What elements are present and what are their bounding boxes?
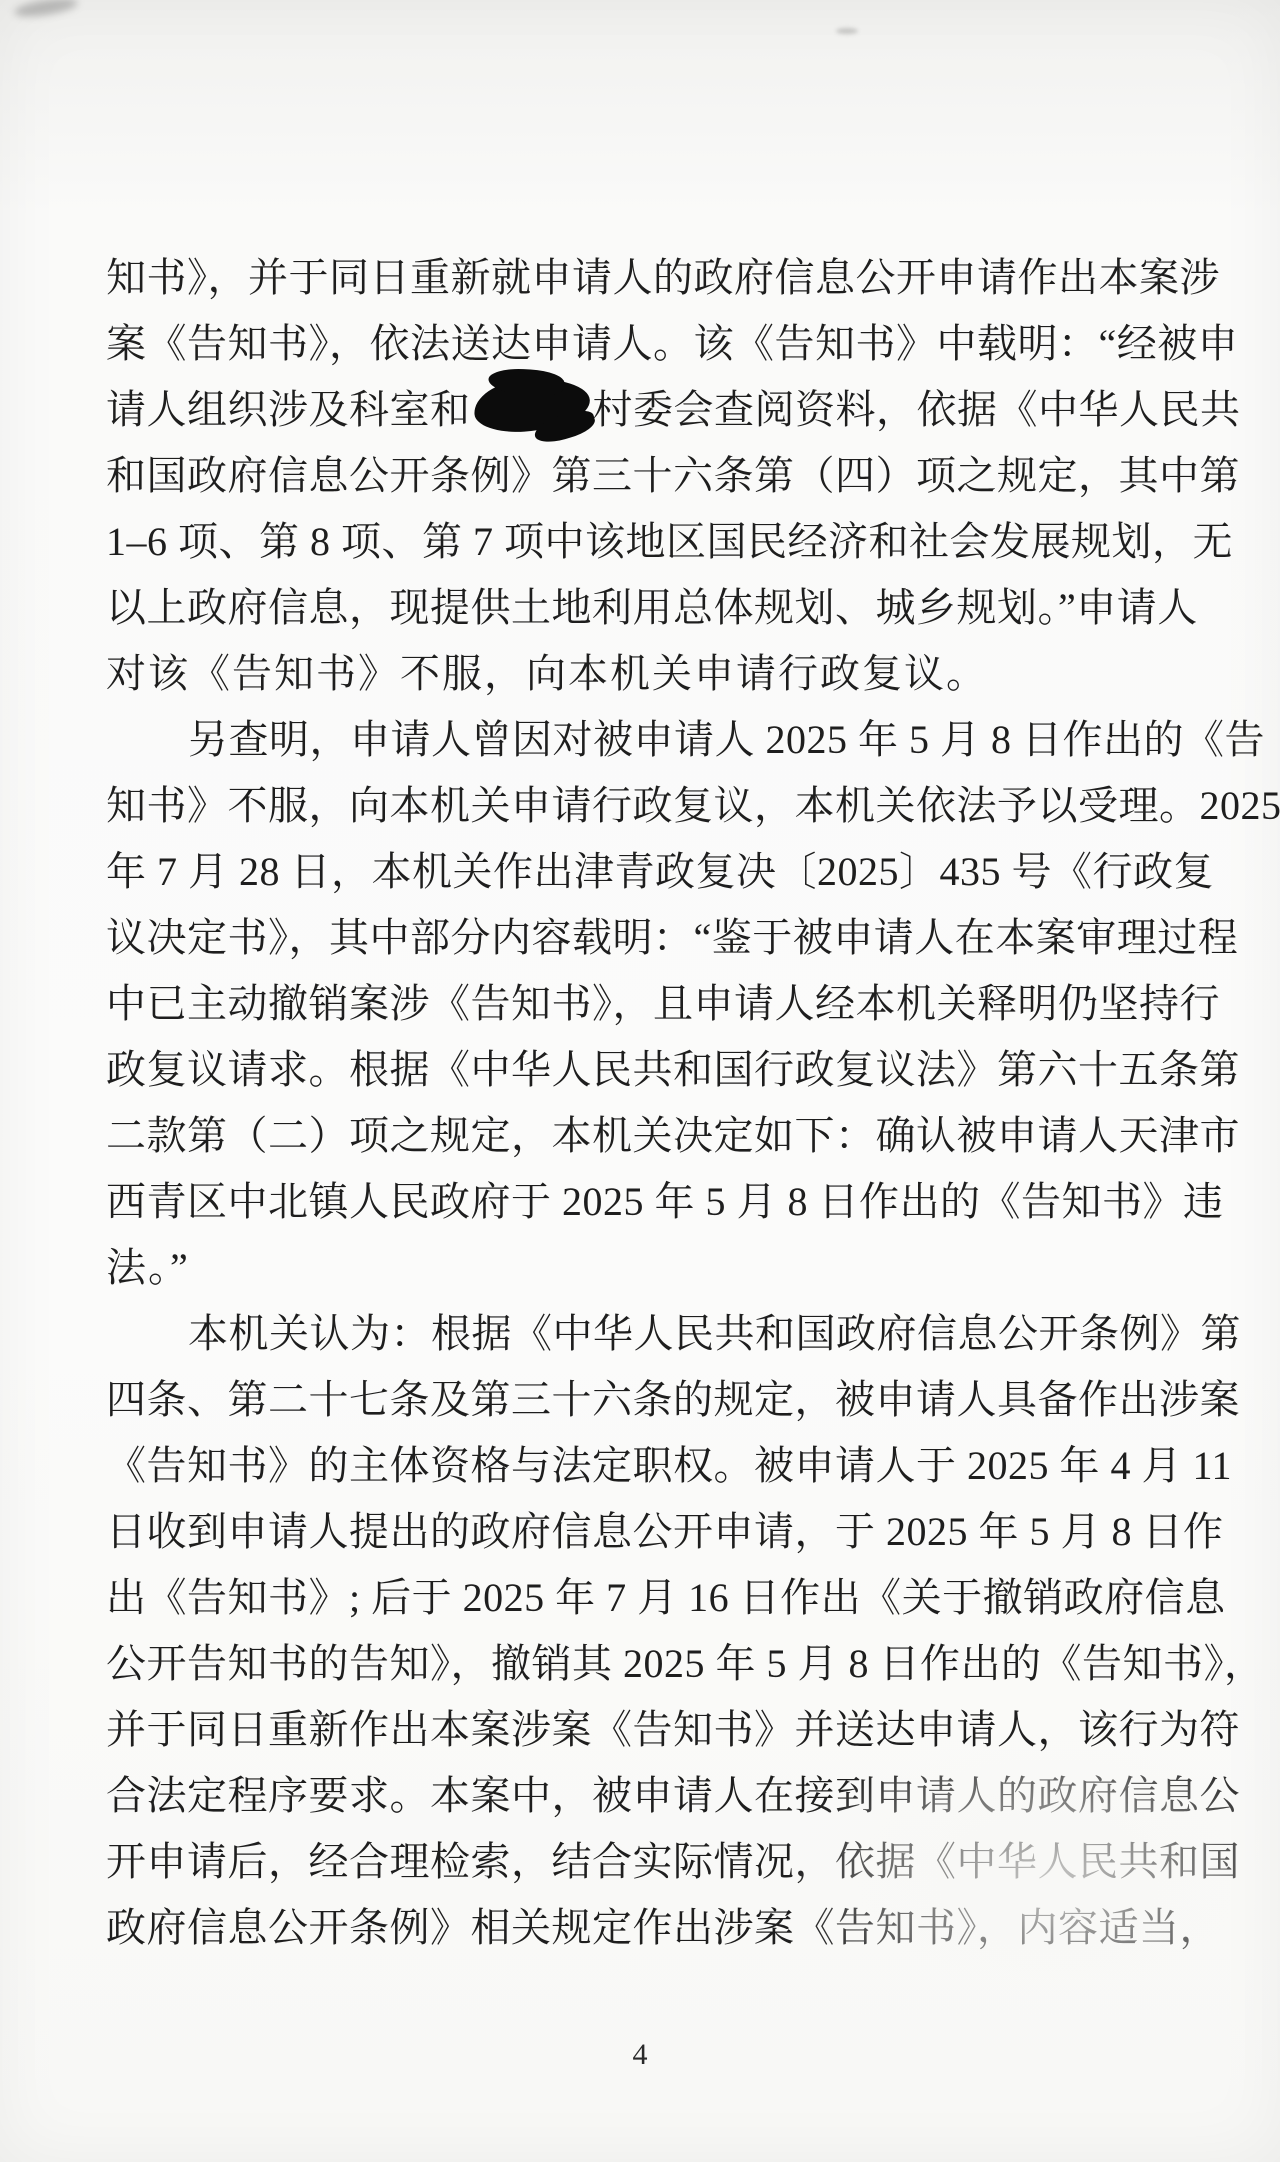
text-line: 政府信息公开条例》相关规定作出涉案《告知书》，内容适当， (106, 1895, 1178, 1961)
redaction-mark (472, 375, 591, 435)
text-line-paragraph-start: 本机关认为：根据《中华人民共和国政府信息公开条例》第 (106, 1301, 1178, 1367)
text-line: 日收到申请人提出的政府信息公开申请，于 2025 年 5 月 8 日作 (106, 1499, 1178, 1565)
text-line: 和国政府信息公开条例》第三十六条第（四）项之规定，其中第 (106, 443, 1178, 509)
text-line: 议决定书》，其中部分内容载明：“鉴于被申请人在本案审理过程 (106, 905, 1178, 971)
text-line: 中已主动撤销案涉《告知书》，且申请人经本机关释明仍坚持行 (106, 971, 1178, 1037)
text-line: 开申请后，经合理检索，结合实际情况，依据《中华人民共和国 (106, 1829, 1178, 1895)
text-line: 1–6 项、第 8 项、第 7 项中该地区国民经济和社会发展规划，无 (106, 509, 1178, 575)
text-line-with-redaction: 请人组织涉及科室和村委会查阅资料，依据《中华人民共 (106, 377, 1178, 443)
text-line: 并于同日重新作出本案涉案《告知书》并送达申请人，该行为符 (106, 1697, 1178, 1763)
text-line: 西青区中北镇人民政府于 2025 年 5 月 8 日作出的《告知书》违 (106, 1169, 1178, 1235)
text-line: 《告知书》的主体资格与法定职权。被申请人于 2025 年 4 月 11 (106, 1433, 1178, 1499)
scan-speck-artifact (836, 28, 858, 34)
text-line: 二款第（二）项之规定，本机关决定如下：确认被申请人天津市 (106, 1103, 1178, 1169)
text-segment: 村委会查阅资料，依据《中华人民共 (593, 387, 1241, 432)
text-line: 合法定程序要求。本案中，被申请人在接到申请人的政府信息公 (106, 1763, 1178, 1829)
document-body: 知书》，并于同日重新就申请人的政府信息公开申请作出本案涉 案《告知书》，依法送达… (106, 245, 1178, 1961)
scan-smudge-artifact (13, 0, 79, 20)
text-line: 知书》，并于同日重新就申请人的政府信息公开申请作出本案涉 (106, 245, 1178, 311)
text-line-paragraph-end: 对该《告知书》不服，向本机关申请行政复议。 (106, 641, 1178, 707)
text-line: 年 7 月 28 日，本机关作出津青政复决〔2025〕435 号《行政复 (106, 839, 1178, 905)
text-line: 公开告知书的告知》，撤销其 2025 年 5 月 8 日作出的《告知书》， (106, 1631, 1178, 1697)
text-line: 知书》不服，向本机关申请行政复议，本机关依法予以受理。2025 (106, 773, 1178, 839)
text-line-paragraph-start: 另查明，申请人曾因对被申请人 2025 年 5 月 8 日作出的《告 (106, 707, 1178, 773)
text-line-paragraph-end: 法。” (106, 1235, 1178, 1301)
text-line: 以上政府信息，现提供土地利用总体规划、城乡规划。”申请人 (106, 575, 1178, 641)
text-line: 案《告知书》，依法送达申请人。该《告知书》中载明：“经被申 (106, 311, 1178, 377)
text-line: 四条、第二十七条及第三十六条的规定，被申请人具备作出涉案 (106, 1367, 1178, 1433)
page-number: 4 (0, 2030, 1280, 2080)
text-line: 政复议请求。根据《中华人民共和国行政复议法》第六十五条第 (106, 1037, 1178, 1103)
text-segment: 请人组织涉及科室和 (106, 387, 471, 432)
scanned-document-page: 知书》，并于同日重新就申请人的政府信息公开申请作出本案涉 案《告知书》，依法送达… (0, 0, 1280, 2162)
text-line: 出《告知书》; 后于 2025 年 7 月 16 日作出《关于撤销政府信息 (106, 1565, 1178, 1631)
